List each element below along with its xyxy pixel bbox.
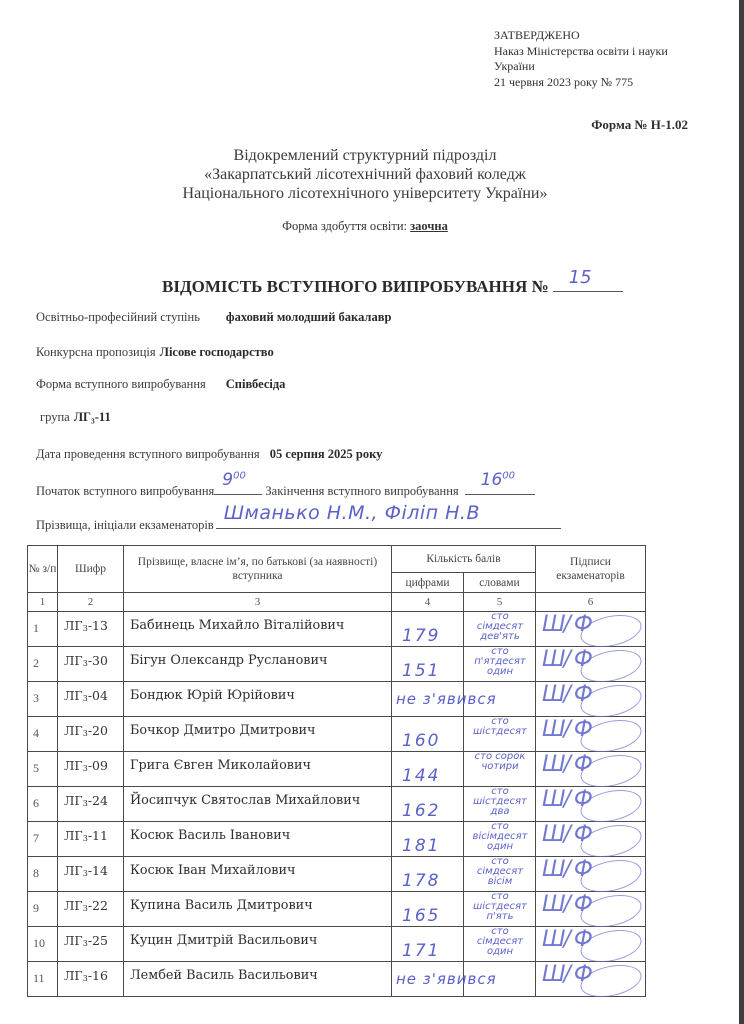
score-words: сто п'ятдесят один [464,647,536,682]
field-degree: Освітньо-професійний ступіньфаховий моло… [36,310,391,325]
study-form-value: заочна [410,219,448,233]
examiner-signatures: Ш/ Ф [536,892,646,927]
score-words: не з'явився [464,962,536,997]
column-number: 2 [58,593,124,612]
examiner-signatures: Ш/ Ф [536,927,646,962]
approval-line: ЗАТВЕРДЖЕНО [494,28,668,44]
table-row: 8ЛГ3-14Косюк Іван Михайлович178сто сімде… [28,857,646,892]
applicant-name: Бочкор Дмитро Дмитрович [124,717,392,752]
table-row: 4ЛГ3-20Бочкор Дмитро Дмитрович160сто шіс… [28,717,646,752]
end-line: 1600 [465,480,535,495]
examiner-signatures: Ш/ Ф [536,612,646,647]
table-row: 3ЛГ3-04Бондюк Юрій Юрійовичне з'явивсяШ/… [28,682,646,717]
header-name: Прізвище, власне ім’я, по батькові (за н… [124,546,392,593]
score-digits: 179 [392,612,464,647]
applicant-name: Косюк Іван Михайлович [124,857,392,892]
header-num: № з/п [28,546,58,593]
org-line: Національного лісотехнічного університет… [0,184,744,203]
score-digits: 151 [392,647,464,682]
column-number: 1 [28,593,58,612]
column-number: 5 [464,593,536,612]
examiners-line: Шманько Н.М., Філіп Н.В [216,512,561,529]
results-table: № з/п Шифр Прізвище, власне ім’я, по бат… [27,545,646,997]
score-digits: 178 [392,857,464,892]
examiner-signatures: Ш/ Ф [536,787,646,822]
row-number: 1 [28,612,58,647]
column-numbers-row: 1 2 3 4 5 6 [28,593,646,612]
score-digits: 162 [392,787,464,822]
field-label: Конкурсна пропозиція [36,345,156,359]
applicant-name: Грига Євген Миколайович [124,752,392,787]
applicant-name: Йосипчук Святослав Михайлович [124,787,392,822]
form-number: Форма № Н-1.02 [591,117,688,133]
applicant-code: ЛГ3-16 [58,962,124,997]
row-number: 7 [28,822,58,857]
score-words: не з'явився [464,682,536,717]
organization-name: Відокремлений структурний підрозділ «Зак… [0,146,744,203]
header-score-digits: цифрами [392,573,464,593]
row-number: 6 [28,787,58,822]
examiner-signatures: Ш/ Ф [536,752,646,787]
field-value: Лісове господарство [160,345,274,359]
applicant-name: Бабинець Михайло Віталійович [124,612,392,647]
start-line: 900 [214,480,262,495]
examiner-signatures: Ш/ Ф [536,822,646,857]
approval-line: України [494,59,668,75]
table-row: 1ЛГ3-13Бабинець Михайло Віталійович179ст… [28,612,646,647]
applicant-name: Бігун Олександр Русланович [124,647,392,682]
applicant-code: ЛГ3-22 [58,892,124,927]
field-label: Освітньо-професійний ступінь [36,310,200,324]
table-row: 11ЛГ3-16Лембей Василь Васильовичне з'яви… [28,962,646,997]
column-number: 4 [392,593,464,612]
field-program: Конкурсна пропозиціяЛісове господарство [36,345,274,360]
score-words: сто шістдесят [464,717,536,752]
applicant-code: ЛГ3-20 [58,717,124,752]
row-number: 4 [28,717,58,752]
header-score-group: Кількість балів [392,546,536,573]
field-value: ЛГ₃-11 [74,410,111,424]
approval-line: Наказ Міністерства освіти і науки [494,44,668,60]
header-code: Шифр [58,546,124,593]
field-date: Дата проведення вступного випробування05… [36,447,382,462]
score-digits: 144 [392,752,464,787]
field-label: Дата проведення вступного випробування [36,447,260,461]
table-row: 2ЛГ3-30Бігун Олександр Русланович151сто … [28,647,646,682]
field-value: фаховий молодший бакалавр [226,310,391,324]
examiner-signatures: Ш/ Ф [536,962,646,997]
applicant-code: ЛГ3-30 [58,647,124,682]
applicant-code: ЛГ3-25 [58,927,124,962]
table-row: 7ЛГ3-11Косюк Василь Іванович181сто вісім… [28,822,646,857]
applicant-code: ЛГ3-13 [58,612,124,647]
applicant-name: Куцин Дмитрій Васильович [124,927,392,962]
start-label: Початок вступного випробування [36,484,214,498]
study-form-label: Форма здобуття освіти: [282,219,407,233]
examiners-value: Шманько Н.М., Філіп Н.В [224,502,480,524]
field-label: група [40,410,70,424]
examiners-label: Прізвища, ініціали екзаменаторів [36,518,214,532]
score-words: сто сімдесят вісім [464,857,536,892]
applicant-name: Лембей Василь Васильович [124,962,392,997]
score-digits: 171 [392,927,464,962]
header-signatures: Підписи екзаменаторів [536,546,646,593]
applicant-name: Купина Василь Дмитрович [124,892,392,927]
applicant-name: Бондюк Юрій Юрійович [124,682,392,717]
examiner-signatures: Ш/ Ф [536,857,646,892]
row-number: 5 [28,752,58,787]
applicant-code: ЛГ3-24 [58,787,124,822]
field-time: Початок вступного випробування900 Закінч… [36,480,535,499]
table-row: 9ЛГ3-22Купина Василь Дмитрович165сто шіс… [28,892,646,927]
row-number: 9 [28,892,58,927]
examiner-signatures: Ш/ Ф [536,682,646,717]
title-number: 15 [569,267,592,288]
score-digits: 181 [392,822,464,857]
field-value: Співбесіда [226,377,286,391]
field-value: 05 серпня 2025 року [270,447,383,461]
approval-line: 21 червня 2023 року № 775 [494,75,668,91]
start-value: 900 [222,470,246,490]
approval-block: ЗАТВЕРДЖЕНО Наказ Міністерства освіти і … [494,28,668,90]
org-line: «Закарпатський лісотехнічний фаховий кол… [0,165,744,184]
examiner-signatures: Ш/ Ф [536,647,646,682]
row-number: 3 [28,682,58,717]
org-line: Відокремлений структурний підрозділ [0,146,744,165]
score-digits: 160 [392,717,464,752]
header-score-words: словами [464,573,536,593]
row-number: 10 [28,927,58,962]
page-title: ВІДОМІСТЬ ВСТУПНОГО ВИПРОБУВАННЯ №15 [162,273,623,297]
score-words: сто сімдесят один [464,927,536,962]
applicant-code: ЛГ3-14 [58,857,124,892]
examiner-signatures: Ш/ Ф [536,717,646,752]
applicant-code: ЛГ3-11 [58,822,124,857]
applicant-name: Косюк Василь Іванович [124,822,392,857]
applicant-code: ЛГ3-09 [58,752,124,787]
table-row: 5ЛГ3-09Грига Євген Миколайович144сто сор… [28,752,646,787]
score-words: сто сорок чотири [464,752,536,787]
field-group: групаЛГ₃-11 [40,410,111,425]
table-row: 10ЛГ3-25Куцин Дмитрій Васильович171сто с… [28,927,646,962]
column-number: 3 [124,593,392,612]
applicant-code: ЛГ3-04 [58,682,124,717]
score-words: сто сімдесят дев'ять [464,612,536,647]
score-words: сто вісімдесят один [464,822,536,857]
score-words: сто шістдесят п'ять [464,892,536,927]
column-number: 6 [536,593,646,612]
table-row: 6ЛГ3-24Йосипчук Святослав Михайлович162с… [28,787,646,822]
title-number-line: 15 [553,273,623,292]
end-label: Закінчення вступного випробування [265,484,458,498]
row-number: 11 [28,962,58,997]
row-number: 8 [28,857,58,892]
row-number: 2 [28,647,58,682]
score-digits: 165 [392,892,464,927]
title-text: ВІДОМІСТЬ ВСТУПНОГО ВИПРОБУВАННЯ № [162,277,549,296]
field-exam-form: Форма вступного випробуванняСпівбесіда [36,377,285,392]
field-examiners: Прізвища, ініціали екзаменаторівШманько … [36,512,561,533]
score-words: сто шістдесят два [464,787,536,822]
end-value: 1600 [481,470,515,490]
field-label: Форма вступного випробування [36,377,206,391]
study-form: Форма здобуття освіти: заочна [0,219,744,234]
